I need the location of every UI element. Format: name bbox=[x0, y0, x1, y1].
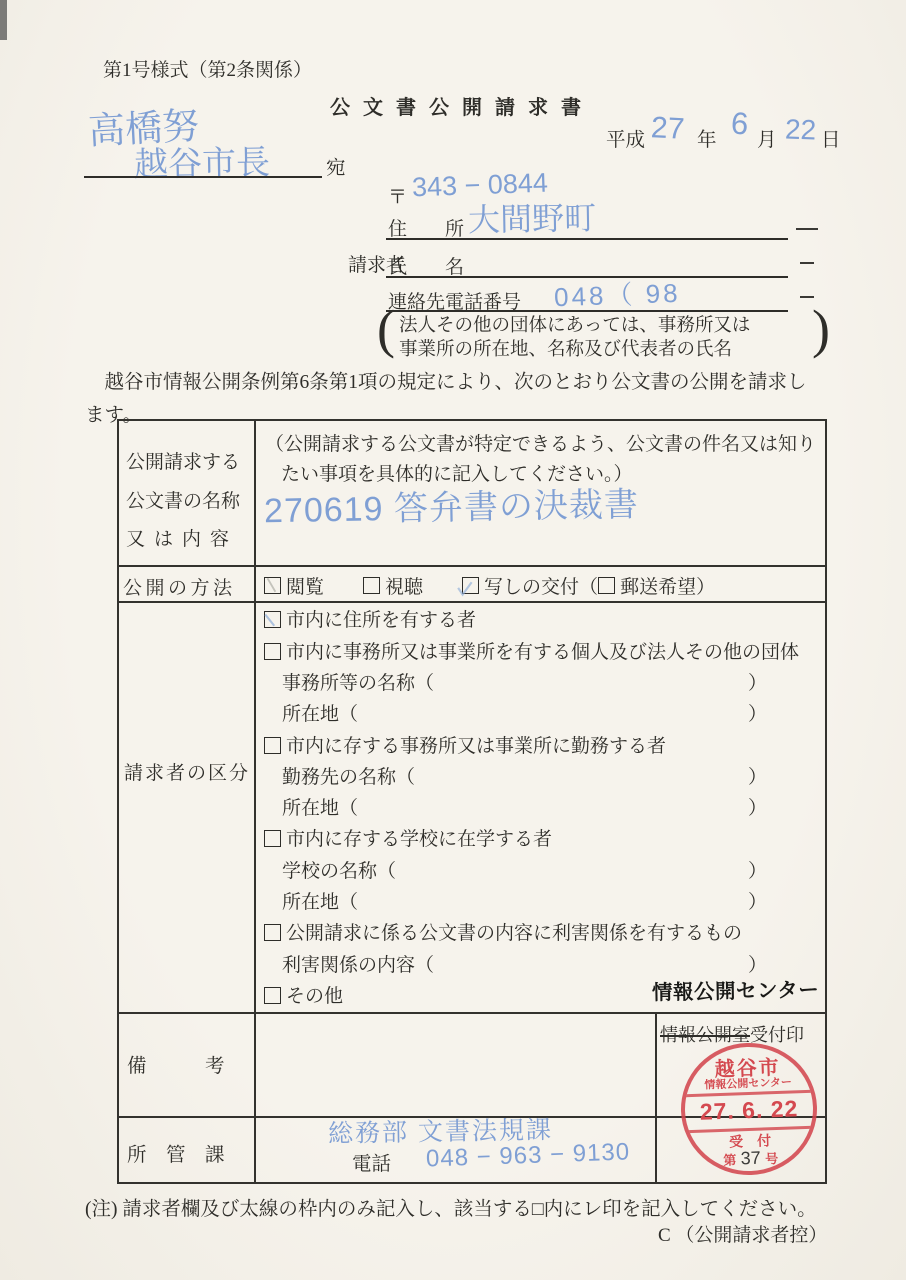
corp-paren-open: ( bbox=[377, 302, 395, 356]
checkbox-shicho bbox=[363, 577, 380, 594]
checkbox-office-owner bbox=[264, 643, 281, 660]
category-field-text: 所在地（ bbox=[282, 798, 358, 819]
category-field: 事務所等の名称（ bbox=[282, 668, 434, 695]
date-year-unit: 年 bbox=[697, 124, 717, 152]
checkbox-utsushi bbox=[462, 577, 479, 594]
category-field-text: 利害関係の内容（ bbox=[282, 955, 434, 976]
close-paren: ） bbox=[748, 856, 767, 883]
page-title: 公文書公開請求書 bbox=[330, 91, 594, 120]
name-label: 氏 名 bbox=[388, 252, 464, 279]
table-label-column-divider bbox=[254, 419, 256, 1184]
docname-label-line1: 公開請求する bbox=[126, 447, 240, 474]
category-field: 所在地（ bbox=[282, 699, 358, 726]
copy-label: C （公開請求者控） bbox=[658, 1220, 827, 1247]
category-field-text: 勤務先の名称（ bbox=[282, 767, 415, 788]
scanned-form-page: 第1号様式（第2条関係） 公文書公開請求書 平成 27 年 6 月 22 日 高… bbox=[0, 0, 906, 1280]
stamp-no-handwritten: 37 bbox=[740, 1148, 761, 1169]
footnote: (注) 請求者欄及び太線の枠内のみ記入し、該当する□内にレ印を記入してください。 bbox=[85, 1193, 817, 1221]
category-item: 市内に存する学校に在学する者 bbox=[264, 824, 552, 851]
category-item: 市内に事務所又は事業所を有する個人及び法人その他の団体 bbox=[264, 637, 799, 664]
category-item: 公開請求に係る公文書の内容に利害関係を有するもの bbox=[264, 918, 742, 945]
addressee-title-handwritten: 越谷市長 bbox=[134, 135, 271, 186]
docname-hint-line1: （公開請求する公文書が特定できるよう、公文書の件名又は知り bbox=[265, 429, 816, 456]
category-item-text: 公開請求に係る公文書の内容に利害関係を有するもの bbox=[286, 923, 742, 944]
stamp-no-suffix: 号 bbox=[765, 1151, 779, 1166]
method-label: 公開の方法 bbox=[123, 573, 236, 600]
category-item-text: 市内に住所を有する者 bbox=[286, 610, 476, 631]
category-item-text: 市内に存する事務所又は事業所に勤務する者 bbox=[286, 736, 666, 757]
docname-value-handwritten: 270619 答弁書の決裁書 bbox=[264, 477, 640, 533]
method-opt3-label: 写しの交付 bbox=[484, 572, 579, 599]
date-day-handwritten: 22 bbox=[784, 113, 816, 146]
close-paren: ） bbox=[748, 668, 767, 695]
category-field-text: 所在地（ bbox=[282, 704, 358, 725]
margin-dash bbox=[800, 296, 814, 298]
addressee-underline bbox=[84, 176, 322, 178]
corp-note-line1: 法人その他の団体にあっては、事務所又は bbox=[399, 311, 750, 337]
table-row-divider bbox=[117, 601, 827, 603]
category-item-text: その他 bbox=[286, 986, 343, 1007]
table-receipt-column-divider bbox=[655, 1012, 657, 1184]
blue-check-icon bbox=[263, 610, 281, 628]
jurisdiction-phone-label: 電話 bbox=[352, 1148, 391, 1176]
checkbox-interested-party bbox=[264, 924, 281, 941]
address-label: 住 所 bbox=[388, 214, 464, 241]
method-opt4-label: 郵送希望 bbox=[620, 572, 696, 599]
checkbox-resident bbox=[264, 611, 281, 628]
checkbox-yuso bbox=[598, 577, 615, 594]
info-center-rubber-stamp: 情報公開センター bbox=[652, 973, 820, 1006]
category-item-text: 市内に事務所又は事業所を有する個人及び法人その他の団体 bbox=[286, 642, 799, 663]
close-paren: ） bbox=[748, 887, 767, 914]
receipt-header: 情報公開室受付印 bbox=[660, 1021, 804, 1047]
category-field-text: 学校の名称（ bbox=[282, 861, 396, 882]
category-field: 所在地（ bbox=[282, 887, 358, 914]
date-year-handwritten: 27 bbox=[650, 111, 685, 147]
docname-label-line2: 公文書の名称 bbox=[126, 486, 240, 513]
corp-paren-close: ) bbox=[812, 302, 830, 356]
category-field-text: 所在地（ bbox=[282, 892, 358, 913]
method-opt4-paren-open: （ bbox=[579, 572, 598, 599]
remarks-label: 備 考 bbox=[127, 1050, 225, 1078]
checkbox-etsuran bbox=[264, 577, 281, 594]
close-paren: ） bbox=[748, 793, 767, 820]
category-item: その他 bbox=[264, 981, 343, 1008]
category-field: 利害関係の内容（ bbox=[282, 950, 434, 977]
close-paren: ） bbox=[748, 699, 767, 726]
date-month-handwritten: 6 bbox=[730, 105, 750, 142]
stamp-no-prefix: 第 bbox=[723, 1152, 737, 1167]
category-item-text: 市内に存する学校に在学する者 bbox=[286, 829, 552, 850]
margin-dash bbox=[796, 228, 818, 230]
close-paren: ） bbox=[748, 762, 767, 789]
method-opt1-label: 閲覧 bbox=[286, 572, 324, 599]
date-era-label: 平成 bbox=[606, 124, 645, 152]
blue-check-icon bbox=[457, 580, 475, 598]
receipt-date-stamp: 越谷市 情報公開センター 27. 6. 22 受 付 第 37 号 bbox=[679, 1041, 820, 1178]
address-underline bbox=[386, 238, 788, 240]
date-month-unit: 月 bbox=[757, 124, 777, 152]
addressee-to-suffix: 宛 bbox=[326, 152, 346, 180]
stamp-number-line: 第 37 号 bbox=[686, 1146, 815, 1171]
stamp-date: 27. 6. 22 bbox=[685, 1095, 814, 1126]
category-field: 勤務先の名称（ bbox=[282, 762, 415, 789]
method-opt4-paren-close: ） bbox=[696, 572, 715, 599]
receipt-header-struck: 情報公開室 bbox=[660, 1025, 750, 1045]
intro-line1: 越谷市情報公開条例第6条第1項の規定により、次のとおり公文書の公開を請求し bbox=[85, 366, 807, 394]
postal-mark: 〒 bbox=[388, 182, 407, 209]
method-opt2-label: 視聴 bbox=[385, 572, 423, 599]
category-label: 請求者の区分 bbox=[124, 758, 250, 785]
date-day-unit: 日 bbox=[821, 124, 841, 152]
phone-value-handwritten: 048（ 98 bbox=[553, 273, 681, 314]
docname-label-line3: 又は内容 bbox=[126, 524, 238, 551]
receipt-header-rest: 受付印 bbox=[750, 1025, 804, 1045]
table-row-divider bbox=[117, 1012, 827, 1014]
method-options: 閲覧 視聴 写しの交付 （ 郵送希望 ） bbox=[264, 572, 715, 599]
table-row-divider bbox=[117, 565, 827, 567]
corp-note-line2: 事業所の所在地、名称及び代表者の氏名 bbox=[399, 335, 732, 361]
faint-mark-icon bbox=[263, 576, 281, 594]
jurisdiction-label: 所 管 課 bbox=[127, 1139, 225, 1167]
category-item: 市内に住所を有する者 bbox=[264, 605, 476, 632]
form-number: 第1号様式（第2条関係） bbox=[103, 55, 312, 82]
margin-dash bbox=[800, 262, 814, 264]
address-value-handwritten: 大間野町 bbox=[468, 193, 597, 241]
checkbox-worker bbox=[264, 737, 281, 754]
scan-edge-artifact bbox=[0, 0, 7, 40]
checkbox-student bbox=[264, 830, 281, 847]
checkbox-other bbox=[264, 987, 281, 1004]
category-item: 市内に存する事務所又は事業所に勤務する者 bbox=[264, 731, 666, 758]
category-field-text: 事務所等の名称（ bbox=[282, 673, 434, 694]
category-field: 所在地（ bbox=[282, 793, 358, 820]
category-field: 学校の名称（ bbox=[282, 856, 396, 883]
